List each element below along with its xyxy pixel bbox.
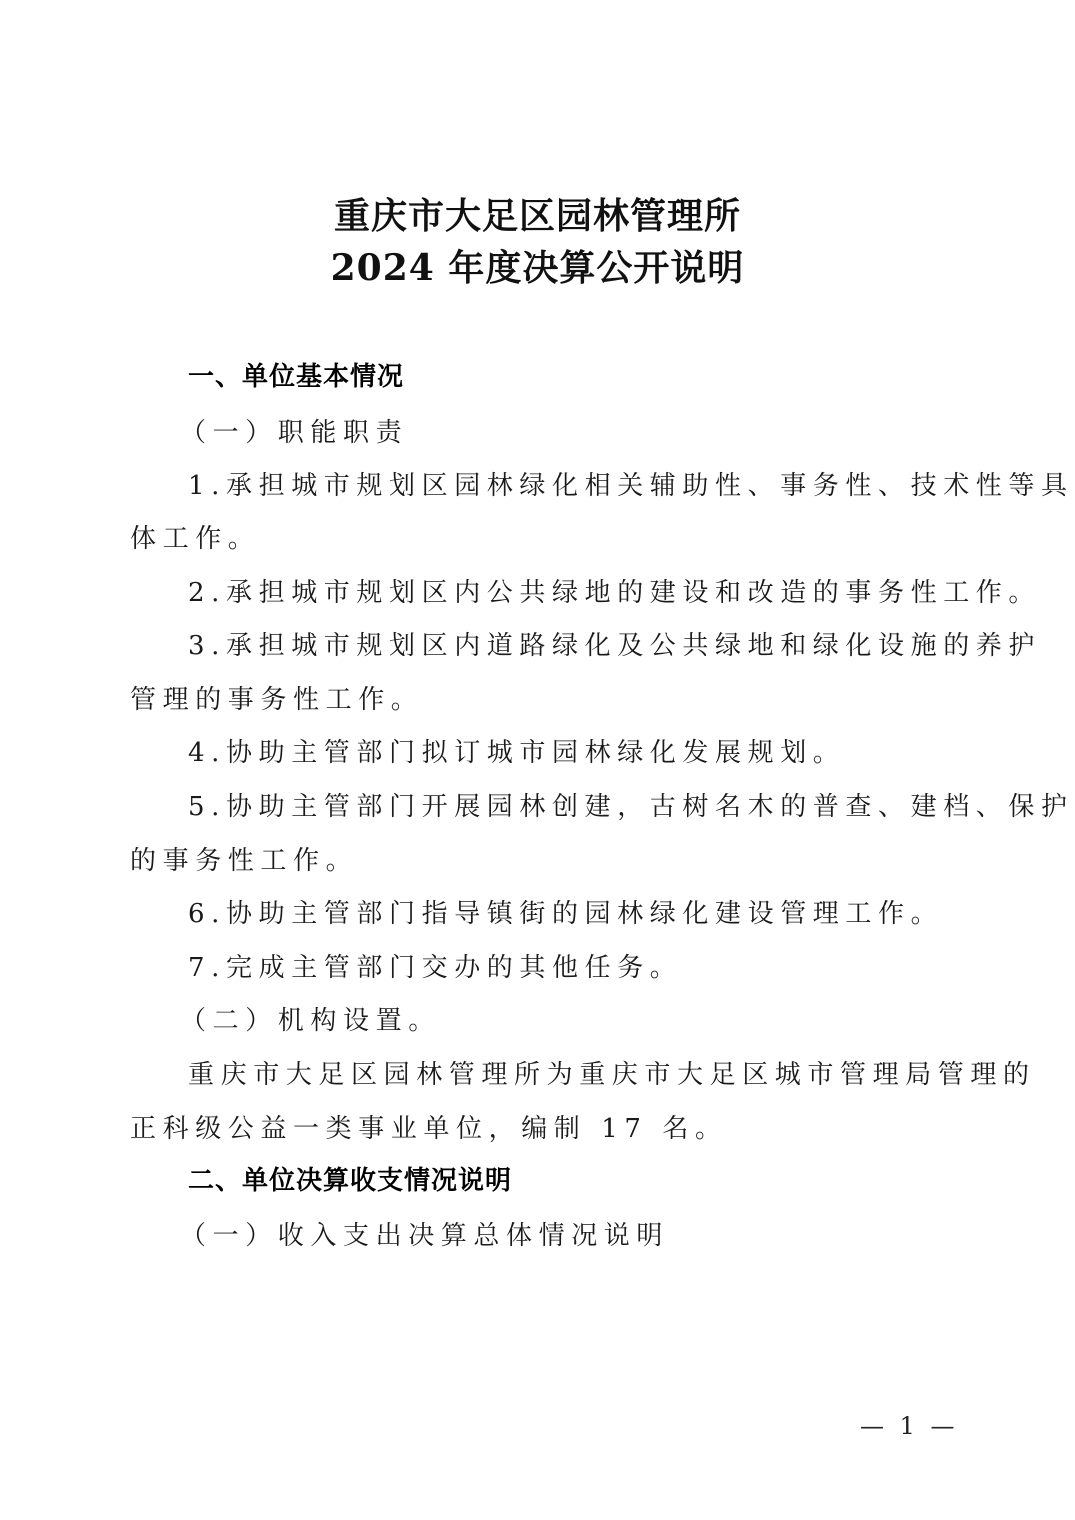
organization-text-line1: 重庆市大足区园林管理所为重庆市大足区城市管理局管理的 [188, 1054, 1008, 1091]
duty-item-4: 4.协助主管部门拟订城市园林绿化发展规划。 [188, 732, 1008, 769]
duty-item-7: 7.完成主管部门交办的其他任务。 [188, 947, 1008, 984]
page-number: — 1 — [860, 1412, 959, 1440]
duty-item-6: 6.协助主管部门指导镇街的园林绿化建设管理工作。 [188, 893, 1008, 930]
organization-text-line2: 正科级公益一类事业单位，编制 17 名。 [130, 1108, 950, 1145]
duty-item-3-line1: 3.承担城市规划区内道路绿化及公共绿地和绿化设施的养护 [188, 625, 1008, 662]
duty-item-5-line1: 5.协助主管部门开展园林创建，古树名木的普查、建档、保护 [188, 786, 1008, 823]
subsection-income-expenditure: （一）收入支出决算总体情况说明 [180, 1215, 1000, 1252]
section-heading-2: 二、单位决算收支情况说明 [188, 1160, 1008, 1197]
subsection-duties: （一）职能职责 [180, 412, 1000, 449]
duty-item-2: 2.承担城市规划区内公共绿地的建设和改造的事务性工作。 [188, 572, 1008, 609]
duty-item-3-line2: 管理的事务性工作。 [130, 679, 950, 716]
duty-item-1-line1: 1.承担城市规划区园林绿化相关辅助性、事务性、技术性等具 [188, 465, 1008, 502]
duty-item-5-line2: 的事务性工作。 [130, 840, 950, 877]
document-page: 重庆市大足区园林管理所 2024 年度决算公开说明 一、单位基本情况 （一）职能… [0, 0, 1075, 1520]
document-title-line1: 重庆市大足区园林管理所 [0, 188, 1075, 239]
subsection-organization: （二）机构设置。 [180, 1000, 1000, 1037]
section-heading-1: 一、单位基本情况 [188, 356, 1008, 393]
duty-item-1-line2: 体工作。 [130, 518, 950, 555]
document-title-line2: 2024 年度决算公开说明 [0, 240, 1075, 291]
